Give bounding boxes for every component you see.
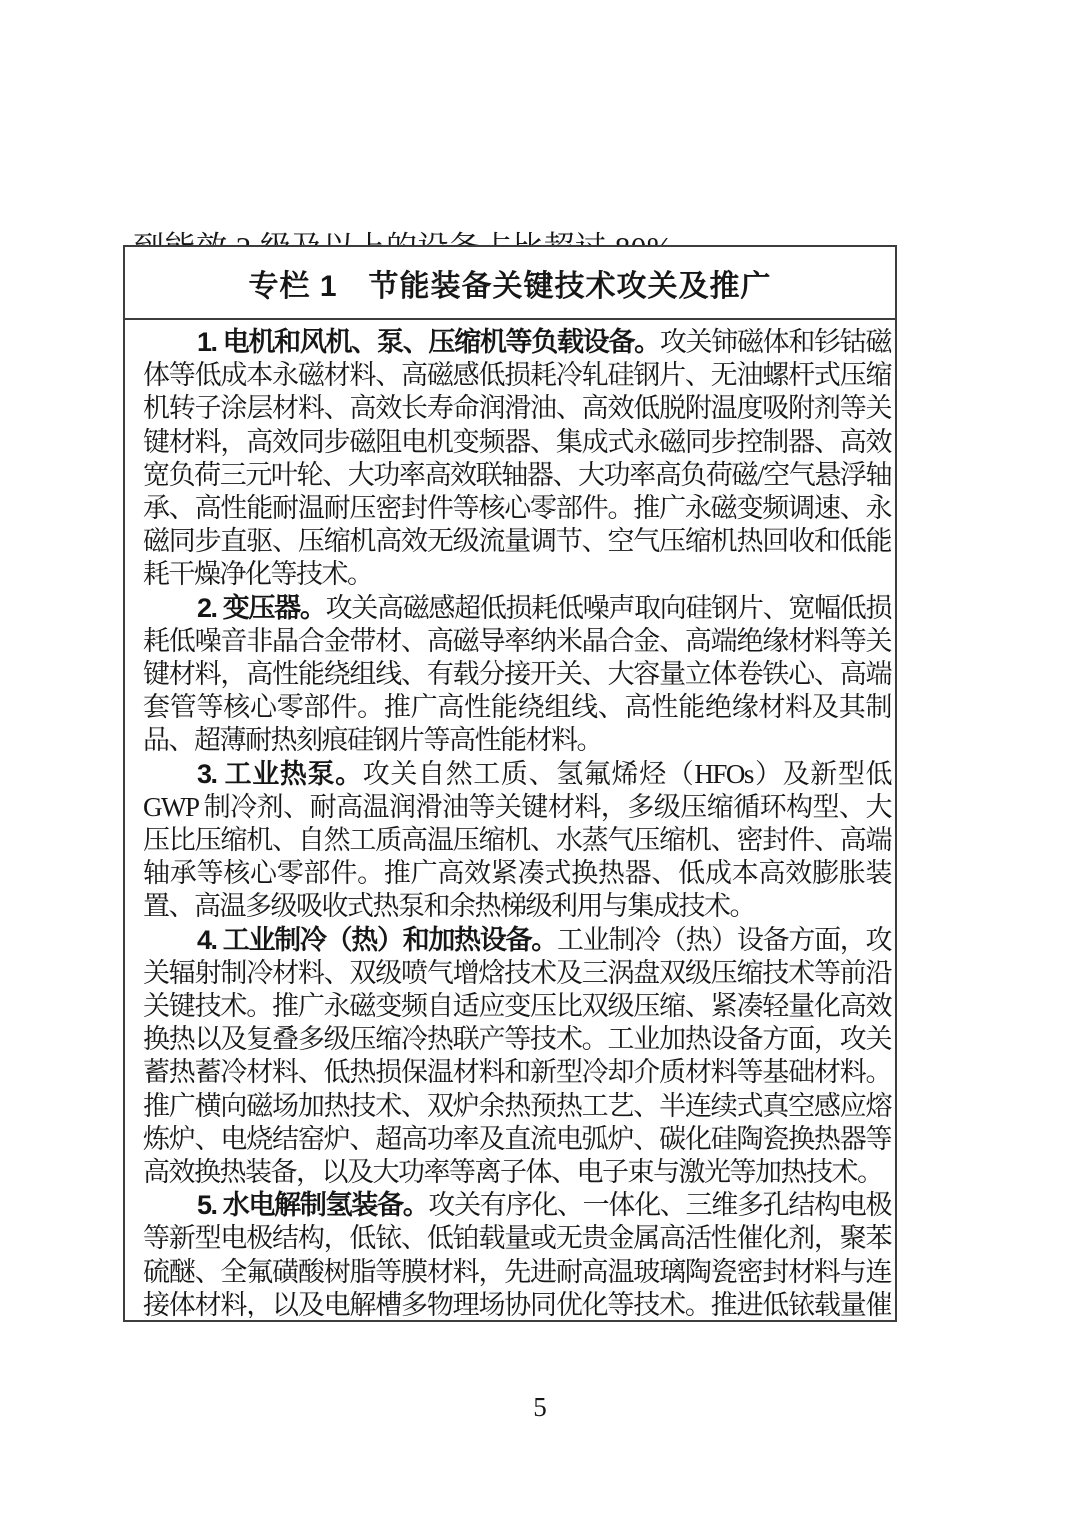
callout-box: 专栏 1 节能装备关键技术攻关及推广 1. 电机和风机、泵、压缩机等负载设备。攻…	[123, 245, 897, 1322]
paragraph-2-lead: 2. 变压器。	[197, 593, 326, 623]
paragraph-3-lead: 3. 工业热泵。	[197, 759, 363, 789]
paragraph-4-text: 工业制冷（热）设备方面，攻关辐射制冷材料、双级喷气增焓技术及三涡盘双级压缩技术等…	[143, 925, 891, 1187]
box-paragraph-4: 4. 工业制冷（热）和加热设备。工业制冷（热）设备方面，攻关辐射制冷材料、双级喷…	[143, 924, 891, 1190]
box-paragraph-5: 5. 水电解制氢装备。攻关有序化、一体化、三维多孔结构电极等新型电极结构，低铱、…	[143, 1189, 891, 1318]
box-paragraph-2: 2. 变压器。攻关高磁感超低损耗低噪声取向硅钢片、宽幅低损耗低噪音非晶合金带材、…	[143, 592, 891, 758]
document-page: 到能效 2 级及以上的设备占比超过 80%。 专栏 1 节能装备关键技术攻关及推…	[0, 0, 1080, 1527]
box-title-row: 专栏 1 节能装备关键技术攻关及推广	[125, 247, 895, 320]
box-paragraph-3: 3. 工业热泵。攻关自然工质、氢氟烯烃（HFOs）及新型低 GWP 制冷剂、耐高…	[143, 758, 891, 924]
paragraph-1-lead: 1. 电机和风机、泵、压缩机等负载设备。	[197, 327, 660, 357]
box-body: 1. 电机和风机、泵、压缩机等负载设备。攻关铈磁体和钐钴磁体等低成本永磁材料、高…	[125, 320, 895, 1318]
paragraph-1-text: 攻关铈磁体和钐钴磁体等低成本永磁材料、高磁感低损耗冷轧硅钢片、无油螺杆式压缩机转…	[143, 327, 891, 589]
paragraph-5-lead: 5. 水电解制氢装备。	[197, 1190, 428, 1220]
page-number: 5	[0, 1392, 1080, 1423]
paragraph-4-lead: 4. 工业制冷（热）和加热设备。	[197, 925, 557, 955]
box-paragraph-1: 1. 电机和风机、泵、压缩机等负载设备。攻关铈磁体和钐钴磁体等低成本永磁材料、高…	[143, 326, 891, 592]
box-title: 专栏 1 节能装备关键技术攻关及推广	[248, 261, 771, 305]
